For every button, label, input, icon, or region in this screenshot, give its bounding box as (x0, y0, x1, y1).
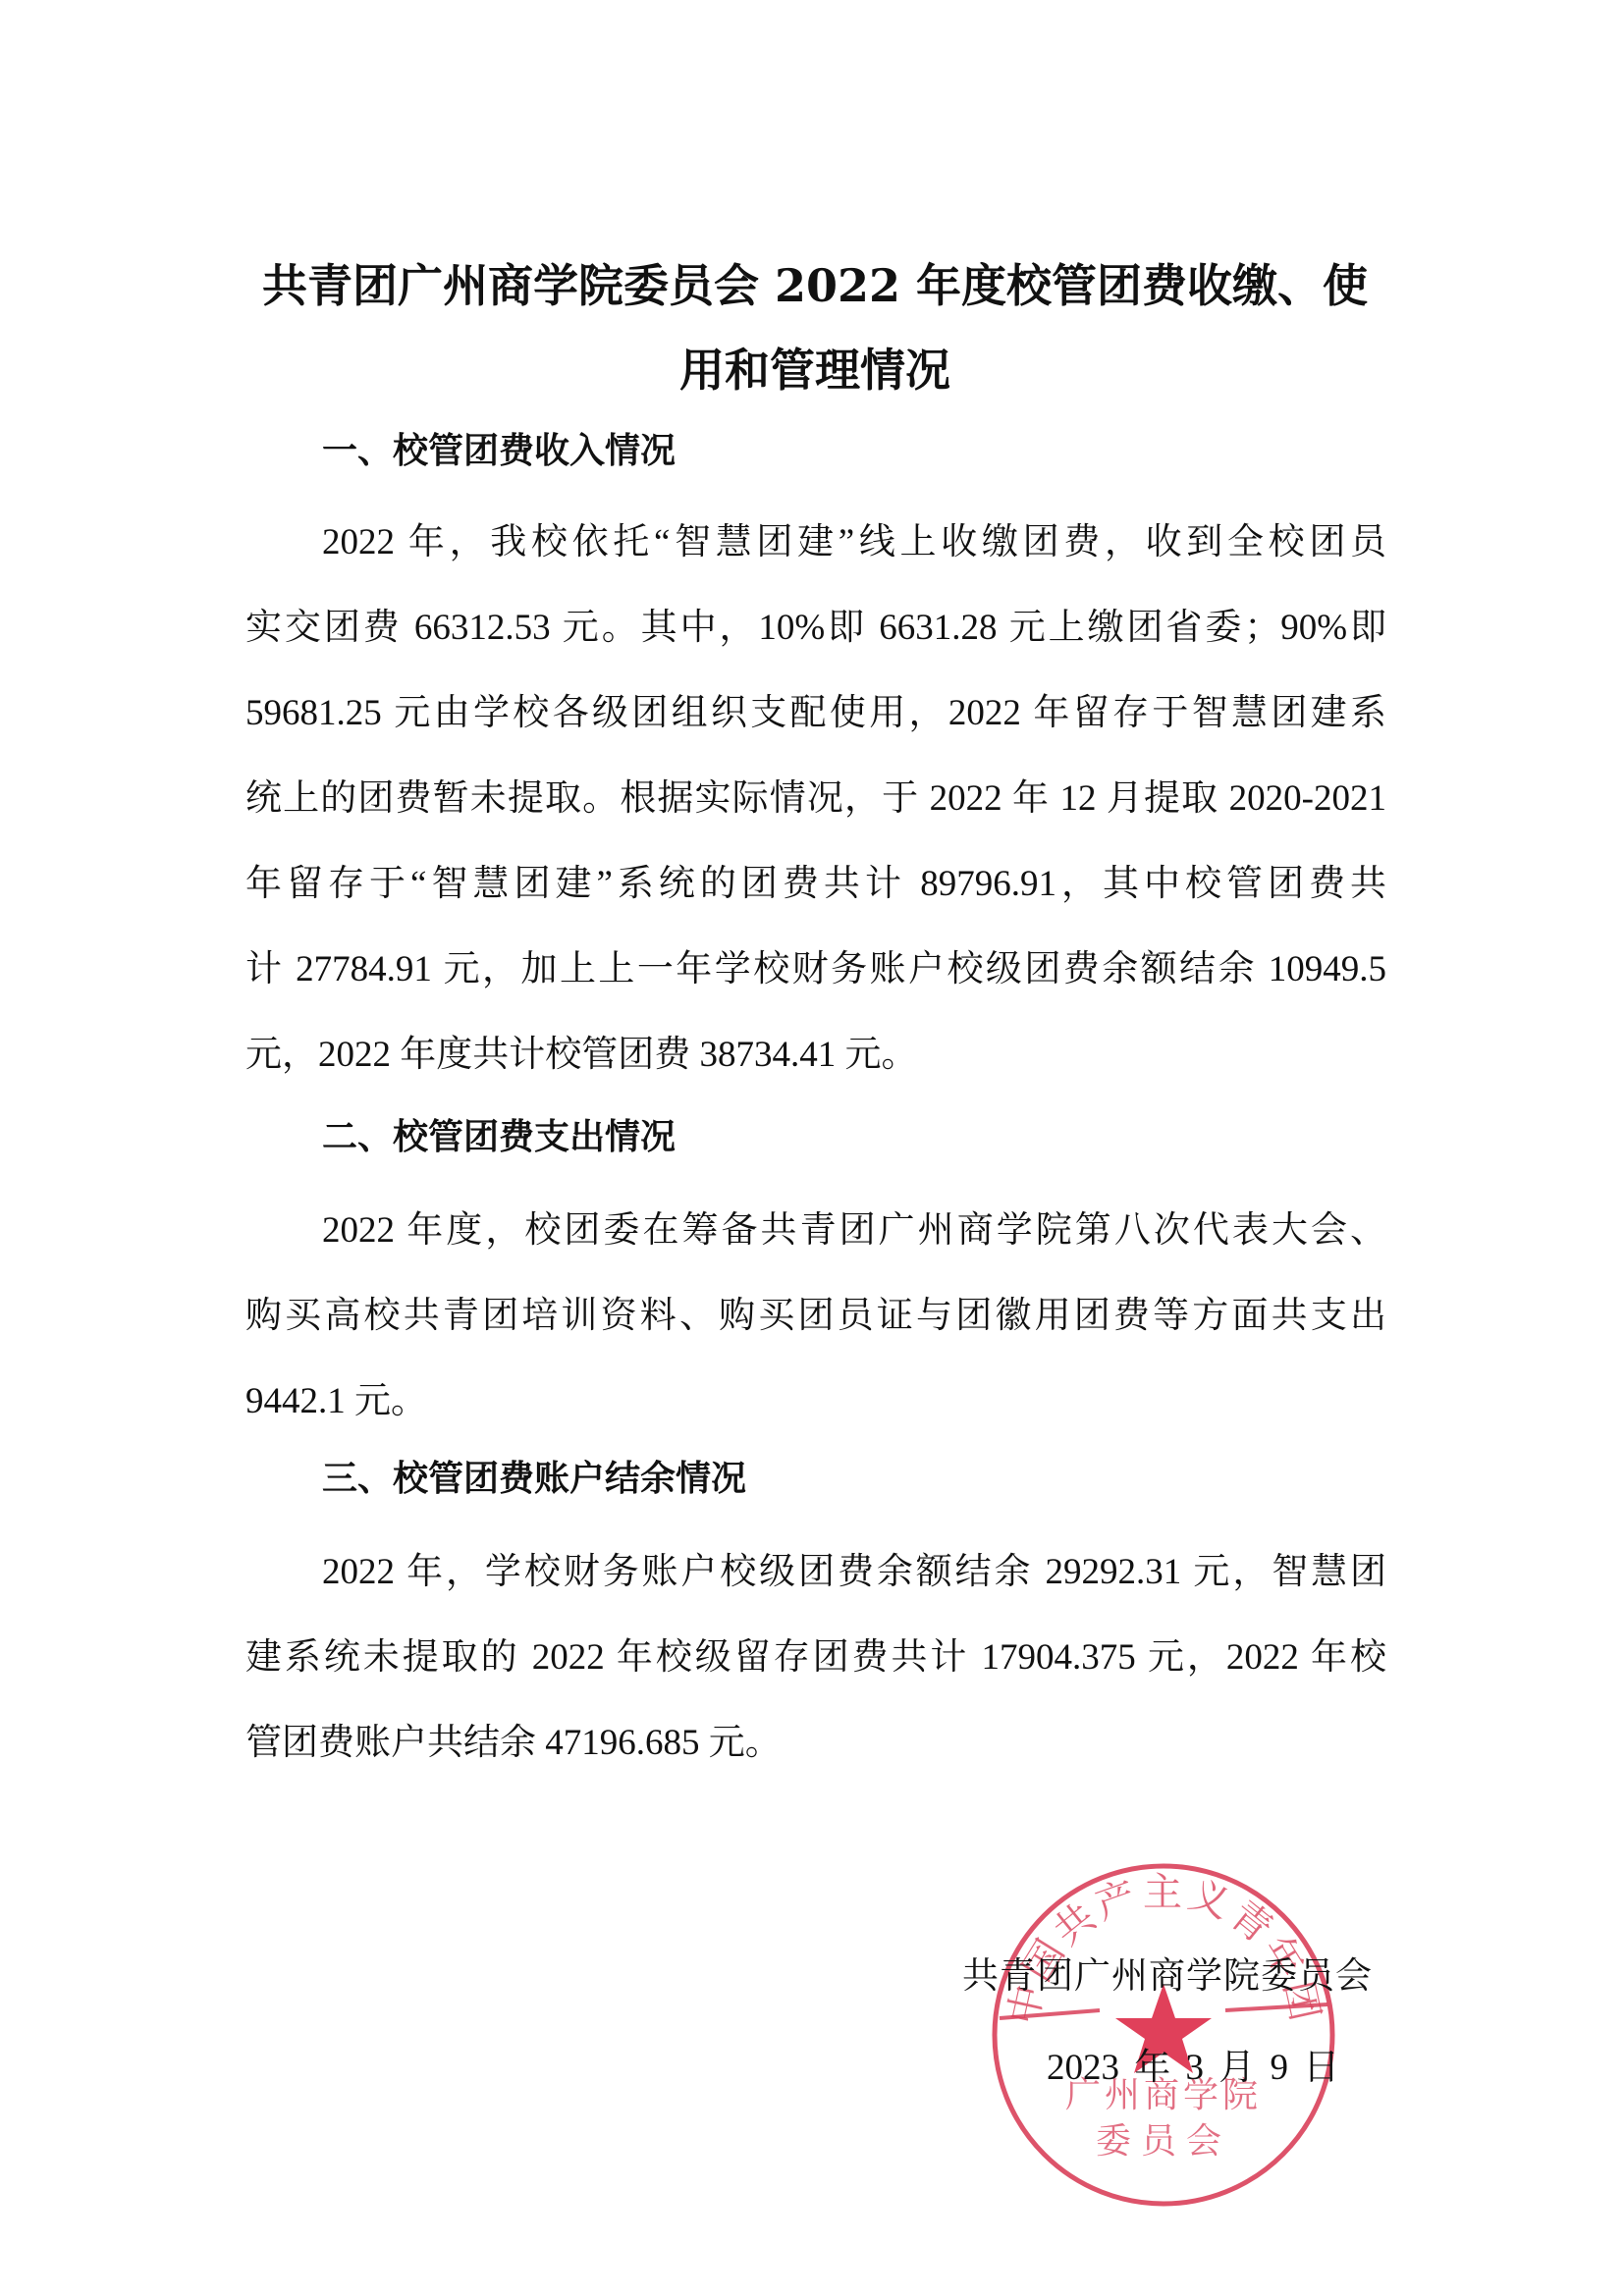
signature-date: 2023 年 3 月 9 日 (1047, 2047, 1339, 2090)
paragraph-line: 购买高校共青团培训资料、购买团员证与团徽用团费等方面共支出 (245, 1273, 1386, 1359)
paragraph-line: 管团费账户共结余 47196.685 元。 (245, 1700, 1386, 1786)
paragraph-line: 元，2022 年度共计校管团费 38734.41 元。 (245, 1012, 1386, 1097)
paragraph-line: 59681.25 元由学校各级团组织支配使用，2022 年留存于智慧团建系 (245, 670, 1386, 756)
paragraph-line: 统上的团费暂未提取。根据实际情况，于 2022 年 12 月提取 2020-20… (245, 756, 1386, 841)
title-line-1: 共青团广州商学院委员会 2022 年度校管团费收缴、使 (236, 243, 1394, 328)
section-2-heading: 二、校管团费支出情况 (322, 1116, 676, 1159)
section-1-paragraph: 2022 年，我校依托“智慧团建”线上收缴团费，收到全校团员 实交团费 6631… (245, 500, 1386, 1097)
official-seal-stamp: 中国共产主义青年团 广州商学院 委员会 (982, 1853, 1345, 2216)
section-1-heading: 一、校管团费收入情况 (322, 430, 676, 473)
paragraph-line: 2022 年，学校财务账户校级团费余额结余 29292.31 元，智慧团 (245, 1529, 1386, 1615)
section-2-paragraph: 2022 年度，校团委在筹备共青团广州商学院第八次代表大会、 购买高校共青团培训… (245, 1188, 1386, 1444)
seal-arc-text: 中国共产主义青年团 (1001, 1870, 1328, 2029)
paragraph-line: 2022 年度，校团委在筹备共青团广州商学院第八次代表大会、 (245, 1188, 1386, 1273)
title-line-2: 用和管理情况 (236, 328, 1394, 412)
paragraph-line: 9442.1 元。 (245, 1359, 1386, 1444)
seal-text-committee: 委员会 (1096, 2121, 1231, 2162)
paragraph-line: 年留存于“智慧团建”系统的团费共计 89796.91，其中校管团费共 (245, 841, 1386, 927)
document-page: 共青团广州商学院委员会 2022 年度校管团费收缴、使 用和管理情况 一、校管团… (0, 0, 1624, 2296)
paragraph-line: 2022 年，我校依托“智慧团建”线上收缴团费，收到全校团员 (245, 500, 1386, 585)
section-3-heading: 三、校管团费账户结余情况 (322, 1458, 746, 1501)
paragraph-line: 实交团费 66312.53 元。其中，10%即 6631.28 元上缴团省委；9… (245, 585, 1386, 670)
paragraph-line: 建系统未提取的 2022 年校级留存团费共计 17904.375 元，2022 … (245, 1615, 1386, 1700)
section-3-paragraph: 2022 年，学校财务账户校级团费余额结余 29292.31 元，智慧团 建系统… (245, 1529, 1386, 1786)
paragraph-line: 计 27784.91 元，加上上一年学校财务账户校级团费余额结余 10949.5 (245, 927, 1386, 1012)
signature-organization: 共青团广州商学院委员会 (962, 1955, 1373, 1999)
document-title: 共青团广州商学院委员会 2022 年度校管团费收缴、使 用和管理情况 (236, 243, 1394, 412)
